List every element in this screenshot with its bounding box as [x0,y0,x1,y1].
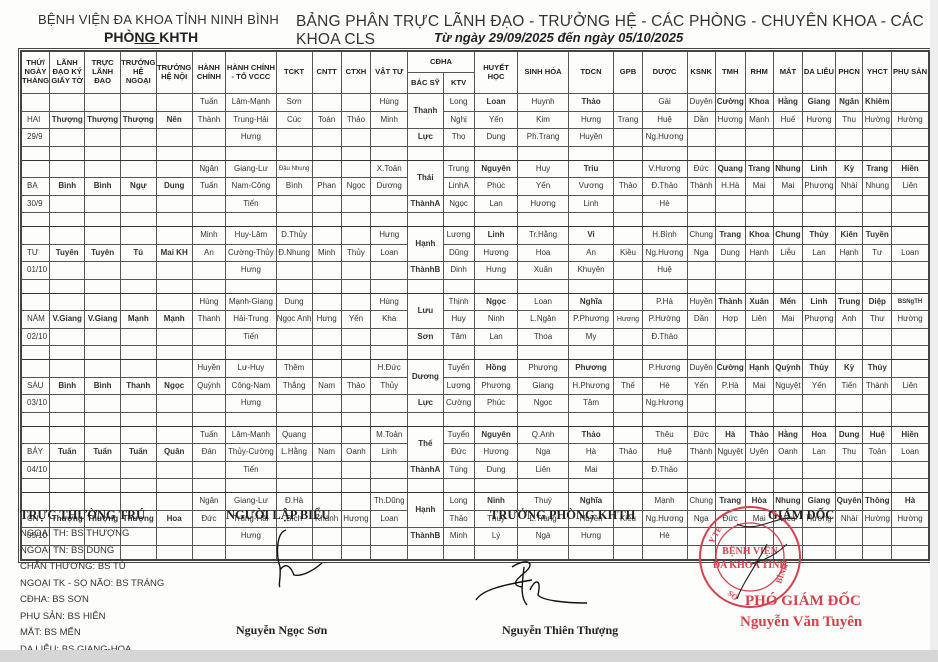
table-cell [312,461,341,479]
table-cell [745,412,773,426]
table-cell: Thượng [120,111,156,129]
table-row [21,213,929,227]
table-cell: Trang [715,227,745,245]
table-cell [21,412,50,426]
table-cell [156,293,192,311]
table-cell [312,129,341,147]
table-cell: Minh [443,528,474,546]
column-header: TMH [715,51,745,94]
table-cell [50,360,85,378]
table-row: 04/10TiếnThànhATùngDungLiênMaiĐ.Thảo [21,461,929,479]
table-cell: Thảo [443,510,474,528]
table-cell [192,146,226,160]
table-cell [803,461,836,479]
table-cell [341,346,370,360]
table-cell: HAI [21,111,50,129]
column-header: DA LIỄU [803,51,836,94]
table-cell: Giang-Lư [226,160,276,178]
table-row: NĂMV.GiangV.GiangMạnhMạnhThanhHải-TrungN… [21,311,929,329]
table-cell: Dũng [443,244,474,262]
table-cell: Thảo [568,426,614,444]
column-header: KTV [443,73,474,94]
table-cell: D.Thủy [276,227,312,245]
table-cell [687,213,715,227]
table-cell: Ngọc [474,293,518,311]
table-cell: Hường [892,510,929,528]
table-cell [371,328,408,346]
table-cell: Nhung [773,160,802,178]
table-row: HAIThượngThượngThượngNênThànhTrung-HảiCú… [21,111,929,129]
table-cell [715,461,745,479]
preparer-title: NGƯỜI LẬP BIỂU [226,508,330,523]
table-cell [120,146,156,160]
table-cell: Nguyệt [773,377,802,395]
table-row: 02/10TiếnSơnTâmLanThoaMyĐ.Thảo [21,328,929,346]
table-cell [443,479,474,493]
table-cell: Hưng [226,262,276,280]
column-header: RHM [745,51,773,94]
table-cell: Nam [312,444,341,462]
table-cell [715,395,745,413]
table-cell: An [568,244,614,262]
table-cell [312,426,341,444]
table-cell [892,279,929,293]
table-cell: Lư-Huy [226,360,276,378]
head-name: Nguyễn Thiên Thượng [502,623,618,638]
table-cell [276,279,312,293]
table-cell: Hưng [226,528,276,546]
scan-edge [930,0,938,650]
table-cell: Yến [518,178,568,196]
table-cell [85,395,120,413]
column-header: HÀNH CHÍNH - TỔ VCCC [226,51,276,94]
table-cell: Liên [518,461,568,479]
table-cell [312,479,341,493]
table-cell: Dương [408,360,443,395]
table-cell [156,262,192,280]
table-cell [50,160,85,178]
table-cell: Lưu [408,293,443,328]
duty-roster-table: THỨ/ NGÀY THÁNGLÃNH ĐẠO KÝ GIẤY TỜTRỰC L… [20,50,930,561]
table-cell: Gái [642,94,687,112]
table-cell [21,146,50,160]
table-cell [312,293,341,311]
table-cell [50,426,85,444]
table-cell [226,279,276,293]
table-cell [518,479,568,493]
table-row: HuyềnLư-HuyThêmH.ĐứcDươngTuyểnHồngPhượng… [21,360,929,378]
table-cell [50,461,85,479]
table-cell [408,412,443,426]
table-cell [192,395,226,413]
table-cell [120,94,156,112]
table-cell: 29/9 [21,129,50,147]
table-cell: Nam-Công [226,178,276,196]
table-cell [50,279,85,293]
table-cell [156,94,192,112]
column-header: TRƯỞNG HỆ NGOẠI [120,51,156,94]
table-cell [773,395,802,413]
table-cell: Khoa [745,94,773,112]
table-cell [85,426,120,444]
table-cell: Thảo [614,444,642,462]
table-cell: Mạnh [642,493,687,511]
table-cell: Yến [803,377,836,395]
table-cell: Hằng [773,94,802,112]
table-cell [892,346,929,360]
table-cell [371,479,408,493]
table-cell: Ng.Hương [642,395,687,413]
table-cell [642,412,687,426]
table-cell [192,279,226,293]
table-cell: Nam [312,377,341,395]
table-cell [687,412,715,426]
table-cell [835,328,863,346]
table-cell: Tú [120,244,156,262]
table-cell: Nghĩa [568,293,614,311]
table-cell [50,195,85,213]
table-cell: Bình [85,377,120,395]
table-cell [518,346,568,360]
table-cell [192,129,226,147]
table-cell [863,545,892,560]
table-cell [21,426,50,444]
table-cell [408,545,443,560]
table-cell [803,129,836,147]
table-cell: Nghị [443,111,474,129]
table-cell: Quỳnh [773,360,802,378]
column-header: BÁC SỸ [408,73,443,94]
table-cell: L.Hằng [276,444,312,462]
column-header: KSNK [687,51,715,94]
table-cell [312,160,341,178]
table-cell [835,146,863,160]
dept-part-2: NG [134,29,159,45]
table-cell: Loan [371,510,408,528]
table-cell [21,160,50,178]
table-cell [803,545,836,560]
table-cell: My [568,328,614,346]
column-header: CTXH [341,51,370,94]
table-cell: Lý [474,528,518,546]
table-cell: Mai [568,461,614,479]
table-cell: Hường [892,111,929,129]
table-cell: Xuân [518,262,568,280]
table-cell [863,279,892,293]
table-cell [192,528,226,546]
table-cell [156,328,192,346]
table-cell: Linh [568,195,614,213]
table-cell [803,213,836,227]
table-cell: Huệ [642,444,687,462]
table-cell: Hoa [803,426,836,444]
table-cell [341,426,370,444]
table-cell [715,195,745,213]
table-cell: Quân [156,444,192,462]
table-cell: Thủy [863,360,892,378]
table-cell: Uyên [745,444,773,462]
table-cell: Thành [715,293,745,311]
table-cell: Trung-Hải [226,111,276,129]
table-cell [156,195,192,213]
table-cell [745,346,773,360]
table-cell [192,195,226,213]
table-cell [863,479,892,493]
table-cell: Tâm [443,328,474,346]
table-cell [312,328,341,346]
table-cell [226,545,276,560]
table-cell [226,213,276,227]
resident-duty-item: NGOẠI TN: BS DŨNG [20,543,164,560]
table-cell [85,146,120,160]
table-cell [773,412,802,426]
table-cell: Xuân [745,293,773,311]
table-cell: Thảo [341,377,370,395]
table-cell [803,328,836,346]
table-cell [226,146,276,160]
table-cell [192,545,226,560]
table-cell: Phương [474,377,518,395]
table-row: MinhHuy-LâmD.ThủyHưngHạnhLươngLinhTr.Hằn… [21,227,929,245]
table-cell: Tiến [835,377,863,395]
table-cell: Minh [371,111,408,129]
table-cell: Ng.Hương [642,510,687,528]
table-cell [642,213,687,227]
table-cell: Nhung [863,178,892,196]
table-cell: Thu [835,444,863,462]
table-cell: Th.Dũng [371,493,408,511]
table-cell [715,346,745,360]
table-cell [120,461,156,479]
table-cell: Hạnh [835,244,863,262]
table-cell: Dung [835,426,863,444]
table-cell [50,293,85,311]
table-cell: Dương [371,178,408,196]
table-cell: Ph.Trang [518,129,568,147]
table-cell: Khoa [745,227,773,245]
table-row [21,146,929,160]
table-cell: Triu [568,160,614,178]
table-cell: Linh [803,160,836,178]
table-cell: Nên [156,111,192,129]
table-cell: Thắng [276,377,312,395]
table-cell: Hương [715,111,745,129]
table-cell: Thủy [803,360,836,378]
table-cell: Tuấn [120,444,156,462]
table-cell [642,346,687,360]
column-header: CĐHA [408,51,474,73]
table-cell [192,412,226,426]
table-cell [614,426,642,444]
table-cell [156,346,192,360]
table-cell [50,146,85,160]
column-header: LÃNH ĐẠO KÝ GIẤY TỜ [50,51,85,94]
table-cell [614,129,642,147]
table-cell: Yến [687,377,715,395]
column-header: HÀNH CHÍNH [192,51,226,94]
resident-duty-item: CĐHA: BS SƠN [20,592,164,609]
table-cell [50,94,85,112]
table-cell: Dung [715,244,745,262]
table-cell: Linh [371,444,408,462]
table-cell: Phương [568,360,614,378]
table-cell [892,360,929,378]
table-cell: Lương [443,227,474,245]
table-cell: Tiến [226,461,276,479]
table-cell [835,528,863,546]
table-cell: Hùng [371,94,408,112]
table-cell [892,528,929,546]
table-cell: Khuyên [568,262,614,280]
table-cell [803,279,836,293]
table-cell [85,227,120,245]
table-cell [341,146,370,160]
preparer-signature [272,525,327,590]
table-cell: Hương [803,111,836,129]
table-cell [192,328,226,346]
table-cell: Huệ [863,426,892,444]
table-cell: Thế [408,426,443,461]
table-cell: Vương [568,178,614,196]
table-cell [687,262,715,280]
table-cell: Cúc [276,111,312,129]
date-range: Từ ngày 29/09/2025 đến ngày 05/10/2025 [434,30,683,45]
table-cell [892,129,929,147]
table-cell [518,412,568,426]
table-cell [443,412,474,426]
table-cell [803,146,836,160]
table-cell [892,146,929,160]
table-cell: BẢY [21,444,50,462]
table-cell [745,328,773,346]
column-header: YHCT [863,51,892,94]
table-row: TƯTuyênTuyênTúMai KHAnCường-ThủyĐ.NhungM… [21,244,929,262]
table-cell [341,279,370,293]
resident-duty-item: MẮT: BS MẾN [20,625,164,642]
table-cell [642,545,687,560]
table-cell [745,461,773,479]
table-cell [341,545,370,560]
table-cell [614,328,642,346]
table-cell [892,94,929,112]
table-cell: Huệ [642,262,687,280]
table-cell [341,227,370,245]
table-cell: Hải-Trung [226,311,276,329]
table-cell [120,293,156,311]
table-cell: Đức [192,510,226,528]
column-header: TDCN [568,51,614,94]
table-cell [156,279,192,293]
table-cell: Ngọc [443,195,474,213]
table-row [21,479,929,493]
table-cell: Thủy [803,227,836,245]
table-cell: Oanh [773,444,802,462]
column-header: GPB [614,51,642,94]
table-cell [687,328,715,346]
table-cell: 03/10 [21,395,50,413]
table-cell: Hương [518,195,568,213]
table-cell [408,213,443,227]
table-cell [85,461,120,479]
table-cell [687,279,715,293]
table-cell: Đ.Thảo [642,461,687,479]
table-cell: LinhA [443,178,474,196]
table-cell: V.Giang [50,311,85,329]
table-cell [156,129,192,147]
table-cell: Tuấn [192,426,226,444]
table-cell: Lâm-Mạnh [226,426,276,444]
table-cell: Đ.Thảo [642,178,687,196]
table-cell [614,479,642,493]
table-cell [341,213,370,227]
table-cell: P.Hương [642,360,687,378]
table-cell: Mạnh-Giang [226,293,276,311]
table-cell: Huế [773,111,802,129]
table-cell: ThànhB [408,262,443,280]
table-cell: Thịnh [443,293,474,311]
table-cell [50,262,85,280]
column-header: MẮT [773,51,802,94]
table-cell: Ninh [474,311,518,329]
table-cell: Huynh [518,94,568,112]
table-cell: Thu [835,111,863,129]
table-cell [120,213,156,227]
table-cell [120,395,156,413]
table-cell: Hương [474,244,518,262]
table-cell: Thanh [120,377,156,395]
table-cell: Ngân [192,160,226,178]
table-cell: Tâm [568,395,614,413]
table-cell [614,262,642,280]
table-cell: Tiến [226,328,276,346]
table-cell [120,160,156,178]
table-cell [715,328,745,346]
table-cell [85,160,120,178]
table-cell: Quyên [835,493,863,511]
table-cell: Ngân [835,94,863,112]
table-cell [568,279,614,293]
column-header: PHỤ SẢN [892,51,929,94]
table-cell [85,129,120,147]
table-cell [642,279,687,293]
table-cell [21,213,50,227]
table-cell [773,146,802,160]
column-header: SINH HÓA [518,51,568,94]
table-cell [835,262,863,280]
table-cell [568,412,614,426]
table-cell: Bình [85,178,120,196]
table-cell: Thành [863,377,892,395]
table-cell: P.Hường [642,311,687,329]
table-cell [371,461,408,479]
table-cell [276,461,312,479]
table-cell: Huy [518,160,568,178]
table-cell [773,129,802,147]
hospital-name: BỆNH VIỆN ĐA KHOA TỈNH NINH BÌNH [38,12,279,27]
table-cell: Hạnh [408,227,443,262]
table-cell [892,479,929,493]
table-cell [85,213,120,227]
table-cell [50,227,85,245]
table-cell: Loan [518,293,568,311]
table-cell [371,129,408,147]
table-cell: Hương [474,444,518,462]
table-cell [371,262,408,280]
resident-duty-item: NGOẠI TH: BS THƯỢNG [20,526,164,543]
column-header: TCKT [276,51,312,94]
table-cell: Minh [192,227,226,245]
table-cell: Lực [408,395,443,413]
